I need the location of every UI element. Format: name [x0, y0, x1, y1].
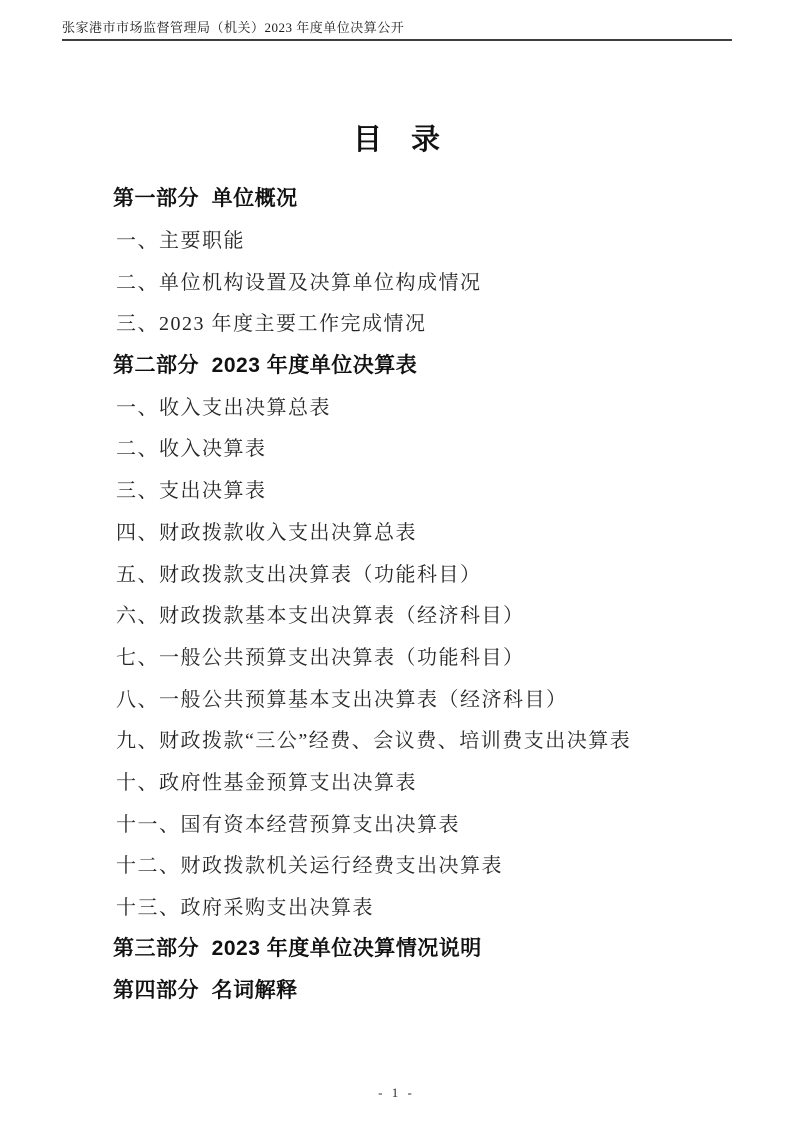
toc-item: 十二、财政拨款机关运行经费支出决算表 — [113, 843, 680, 885]
header-title: 张家港市市场监督管理局（机关）2023 年度单位决算公开 — [62, 20, 732, 35]
toc-item: 四、财政拨款收入支出决算总表 — [113, 510, 680, 552]
toc: 目 录 第一部分 单位概况一、主要职能二、单位机构设置及决算单位构成情况三、20… — [113, 120, 680, 1010]
toc-item: 六、财政拨款基本支出决算表（经济科目） — [113, 593, 680, 635]
toc-section-heading: 第三部分 2023 年度单位决算情况说明 — [113, 926, 680, 968]
toc-item: 十、政府性基金预算支出决算表 — [113, 760, 680, 802]
toc-item: 九、财政拨款“三公”经费、会议费、培训费支出决算表 — [113, 718, 680, 760]
toc-entries: 第一部分 单位概况一、主要职能二、单位机构设置及决算单位构成情况三、2023 年… — [113, 176, 680, 1010]
toc-item: 一、收入支出决算总表 — [113, 384, 680, 426]
toc-item: 二、单位机构设置及决算单位构成情况 — [113, 259, 680, 301]
toc-item: 十一、国有资本经营预算支出决算表 — [113, 801, 680, 843]
page-footer: - 1 - — [0, 1084, 793, 1102]
toc-item: 五、财政拨款支出决算表（功能科目） — [113, 551, 680, 593]
toc-section-heading: 第一部分 单位概况 — [113, 176, 680, 218]
document-page: 张家港市市场监督管理局（机关）2023 年度单位决算公开 目 录 第一部分 单位… — [0, 0, 793, 1122]
toc-item: 十三、政府采购支出决算表 — [113, 885, 680, 927]
toc-item: 八、一般公共预算基本支出决算表（经济科目） — [113, 676, 680, 718]
toc-section-heading: 第四部分 名词解释 — [113, 968, 680, 1010]
toc-title: 目 录 — [113, 120, 680, 160]
toc-item: 三、2023 年度主要工作完成情况 — [113, 301, 680, 343]
page-number: - 1 - — [378, 1085, 415, 1100]
page-header: 张家港市市场监督管理局（机关）2023 年度单位决算公开 — [62, 20, 732, 41]
toc-item: 一、主要职能 — [113, 218, 680, 260]
toc-item: 三、支出决算表 — [113, 468, 680, 510]
toc-item: 二、收入决算表 — [113, 426, 680, 468]
toc-section-heading: 第二部分 2023 年度单位决算表 — [113, 343, 680, 385]
toc-item: 七、一般公共预算支出决算表（功能科目） — [113, 635, 680, 677]
